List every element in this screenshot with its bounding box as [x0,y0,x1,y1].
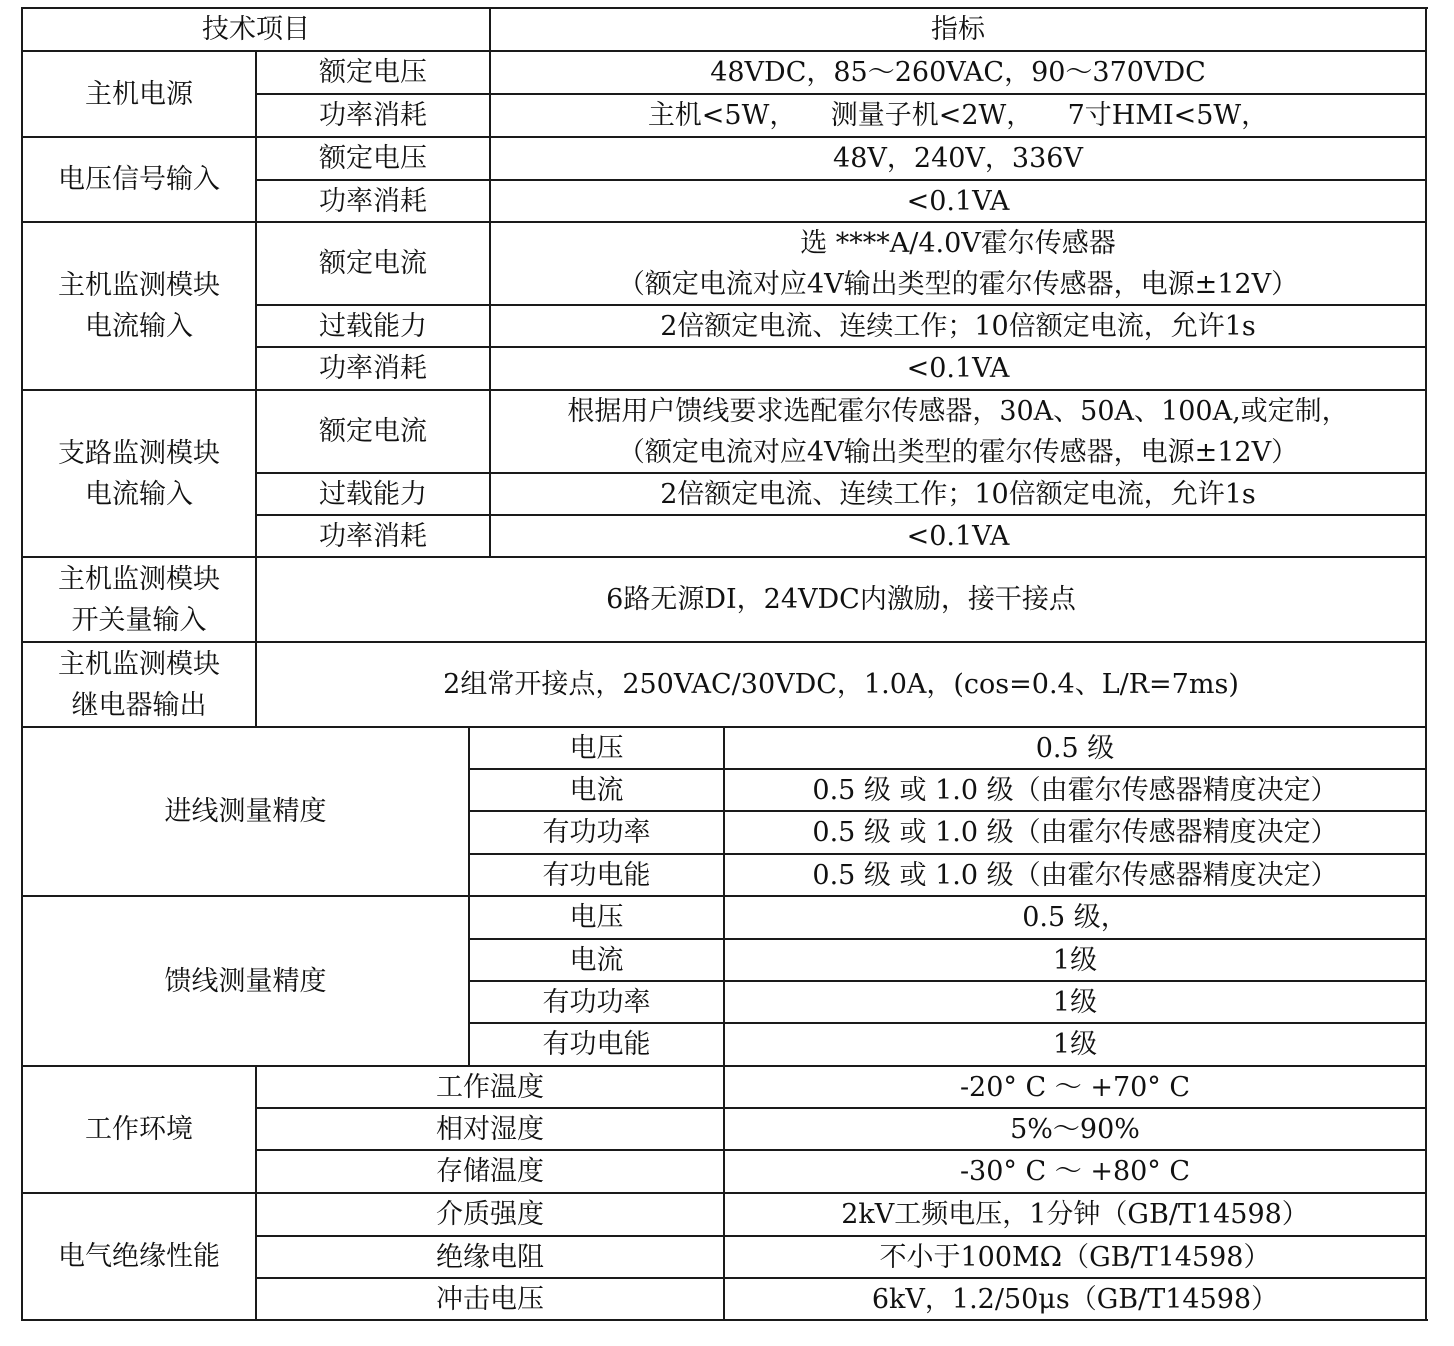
row-value-text: 2倍额定电流、连续工作；10倍额定电流，允许1s [660,306,1256,347]
row-name-text: 功率消耗 [319,348,427,389]
section-label-voltage-signal-input: 电压信号输入 [22,137,256,222]
column-divider [489,8,491,557]
section-label-line2: 开关量输入 [72,600,207,641]
row-value-text: -20° C ～ +70° C [960,1067,1190,1108]
section-label-text: 馈线测量精度 [165,961,327,1002]
section-label-text: 主机电源 [85,74,193,115]
row-value: 0.5 级 或 1.0 级（由霍尔传感器精度决定） [724,811,1426,854]
row-value: 0.5 级 [724,727,1426,769]
row-name-text: 电压 [570,728,624,769]
divider [256,1149,1426,1151]
divider [256,179,1426,181]
section-label-electrical-insulation: 电气绝缘性能 [22,1193,256,1320]
section-label-line1: 支路监测模块 [58,433,220,474]
row-name: 电压 [469,727,724,769]
row-value: 6kV，1.2/50μs（GB/T14598） [724,1278,1426,1320]
row-value-line2: （额定电流对应4V输出类型的霍尔传感器，电源±12V） [618,432,1298,473]
section-label-branch-module-current-input: 支路监测模块 电流输入 [22,390,256,557]
section-label-host-module-current-input: 主机监测模块 电流输入 [22,222,256,390]
divider [256,304,1426,306]
row-name-text: 介质强度 [436,1194,544,1235]
table-border-bottom [22,1319,1428,1321]
row-value: 选 ****A/4.0V霍尔传感器 （额定电流对应4V输出类型的霍尔传感器，电源… [490,222,1426,305]
table-border-left [21,7,23,1321]
header-indicator-label: 指标 [931,9,985,50]
section-label-line1: 主机监测模块 [58,265,220,306]
row-value-text: 1级 [1053,1024,1097,1065]
row-name: 额定电压 [256,137,490,180]
section-label-text: 电压信号输入 [58,159,220,200]
divider [22,136,1426,138]
row-name-text: 功率消耗 [319,181,427,222]
row-name: 过载能力 [256,473,490,515]
row-name: 有功电能 [469,1023,724,1066]
row-value-text: 6路无源DI，24VDC内激励，接干接点 [606,579,1076,620]
row-value-text: 6kV，1.2/50μs（GB/T14598） [872,1279,1278,1320]
row-name-text: 过载能力 [319,306,427,347]
header-indicator: 指标 [490,8,1426,51]
row-value-text: <0.1VA [907,181,1010,222]
row-name-text: 有功功率 [543,982,651,1023]
row-name-text: 绝缘电阻 [436,1237,544,1278]
row-value: 5%～90% [724,1108,1426,1150]
row-value-text: 0.5 级 或 1.0 级（由霍尔传感器精度决定） [812,770,1337,811]
row-value-line1: 选 ****A/4.0V霍尔传感器 [800,223,1116,264]
row-name-text: 有功电能 [543,1024,651,1065]
row-value-text: 1级 [1053,940,1097,981]
section-label-host-module-relay-output: 主机监测模块 继电器输出 [22,642,256,727]
section-label-host-power: 主机电源 [22,51,256,137]
row-name: 电流 [469,939,724,981]
row-value-text: 不小于100MΩ（GB/T14598） [880,1237,1271,1278]
row-name-text: 功率消耗 [319,516,427,557]
row-value: 1级 [724,1023,1426,1066]
row-value-text: 48VDC，85～260VAC，90～370VDC [710,52,1206,93]
row-value: <0.1VA [490,515,1426,557]
row-value-line1: 根据用户馈线要求选配霍尔传感器，30A、50A、100A,或定制， [567,391,1348,432]
row-name-text: 有功电能 [543,855,651,896]
row-name: 有功功率 [469,981,724,1023]
divider [22,556,1426,558]
row-name-text: 功率消耗 [319,95,427,136]
divider [22,221,1426,223]
row-value: 0.5 级， [724,896,1426,939]
row-value-text: 2组常开接点，250VAC/30VDC，1.0A，(cos=0.4、L/R=7m… [443,664,1239,705]
row-value-text: 主机<5W， 测量子机<2W， 7寸HMI<5W， [648,95,1268,136]
row-name: 额定电压 [256,51,490,94]
row-value: 不小于100MΩ（GB/T14598） [724,1236,1426,1278]
divider [22,641,1426,643]
row-name: 电压 [469,896,724,939]
row-name-text: 冲击电压 [436,1279,544,1320]
row-value: 2倍额定电流、连续工作；10倍额定电流，允许1s [490,473,1426,515]
column-divider [723,727,725,1320]
section-label-working-environment: 工作环境 [22,1066,256,1193]
row-value-text: 48V，240V，336V [833,138,1083,179]
divider [256,93,1426,95]
section-label-incoming-line-accuracy: 进线测量精度 [22,727,469,896]
divider [256,1107,1426,1109]
row-value: 1级 [724,981,1426,1023]
row-name-text: 存储温度 [436,1151,544,1192]
row-value: 0.5 级 或 1.0 级（由霍尔传感器精度决定） [724,769,1426,811]
row-value: 2倍额定电流、连续工作；10倍额定电流，允许1s [490,305,1426,347]
column-divider [255,51,257,727]
row-name: 冲击电压 [256,1278,724,1320]
section-label-line2: 电流输入 [85,306,193,347]
row-value-text: <0.1VA [907,348,1010,389]
divider [22,50,1426,52]
row-name-text: 过载能力 [319,474,427,515]
row-value: 6路无源DI，24VDC内激励，接干接点 [256,557,1426,642]
row-name: 介质强度 [256,1193,724,1236]
row-name-text: 额定电流 [319,243,427,284]
row-name: 电流 [469,769,724,811]
row-value-text: 2倍额定电流、连续工作；10倍额定电流，允许1s [660,474,1256,515]
section-label-text: 进线测量精度 [165,791,327,832]
row-name-text: 额定电流 [319,411,427,452]
row-value-text: 0.5 级， [1022,897,1128,938]
row-value: 2kV工频电压，1分钟（GB/T14598） [724,1193,1426,1236]
row-name: 过载能力 [256,305,490,347]
row-name: 存储温度 [256,1150,724,1193]
row-name-text: 电流 [570,940,624,981]
divider [469,1022,1426,1024]
row-value: 48VDC，85～260VAC，90～370VDC [490,51,1426,94]
section-label-feeder-accuracy: 馈线测量精度 [22,896,469,1066]
row-value-text: 5%～90% [1010,1109,1140,1150]
row-value: 根据用户馈线要求选配霍尔传感器，30A、50A、100A,或定制， （额定电流对… [490,390,1426,473]
section-label-host-module-switch-input: 主机监测模块 开关量输入 [22,557,256,642]
spec-table: 技术项目 指标 主机电源 额定电压 48VDC，85～260VAC，90～370… [0,0,1454,1346]
divider [256,1235,1426,1237]
row-value: -20° C ～ +70° C [724,1066,1426,1108]
row-name: 有功功率 [469,811,724,854]
row-value-text: 1级 [1053,982,1097,1023]
table-border-top [22,7,1428,9]
row-value-text: -30° C ～ +80° C [960,1151,1190,1192]
section-label-line1: 主机监测模块 [58,644,220,685]
row-name: 相对湿度 [256,1108,724,1150]
row-name-text: 电流 [570,770,624,811]
row-name: 额定电流 [256,222,490,305]
row-name-text: 相对湿度 [436,1109,544,1150]
row-name-text: 电压 [570,897,624,938]
row-value: 48V，240V，336V [490,137,1426,180]
divider [256,346,1426,348]
divider [22,389,1426,391]
row-name-text: 额定电压 [319,138,427,179]
column-divider [255,1066,257,1320]
section-label-text: 电气绝缘性能 [58,1236,220,1277]
row-value: <0.1VA [490,180,1426,222]
divider [469,768,1426,770]
row-value-text: 0.5 级 [1036,728,1115,769]
header-item-label: 技术项目 [202,9,310,50]
row-name: 功率消耗 [256,347,490,390]
row-value-text: <0.1VA [907,516,1010,557]
row-value-text: 0.5 级 或 1.0 级（由霍尔传感器精度决定） [812,812,1337,853]
row-value-text: 0.5 级 或 1.0 级（由霍尔传感器精度决定） [812,855,1337,896]
row-name: 功率消耗 [256,94,490,137]
row-name-text: 工作温度 [436,1067,544,1108]
section-label-line1: 主机监测模块 [58,559,220,600]
row-value-text: 2kV工频电压，1分钟（GB/T14598） [841,1194,1309,1235]
divider [469,980,1426,982]
row-name: 工作温度 [256,1066,724,1108]
section-label-line2: 电流输入 [85,474,193,515]
row-value: 1级 [724,939,1426,981]
divider [469,853,1426,855]
row-value: 2组常开接点，250VAC/30VDC，1.0A，(cos=0.4、L/R=7m… [256,642,1426,727]
column-divider [468,727,470,1066]
row-name: 功率消耗 [256,515,490,557]
row-value: 0.5 级 或 1.0 级（由霍尔传感器精度决定） [724,854,1426,896]
section-label-text: 工作环境 [85,1109,193,1150]
row-name-text: 有功功率 [543,812,651,853]
row-name: 绝缘电阻 [256,1236,724,1278]
divider [469,810,1426,812]
header-item: 技术项目 [22,8,490,51]
row-name-text: 额定电压 [319,52,427,93]
row-name: 有功电能 [469,854,724,896]
row-value: <0.1VA [490,347,1426,390]
row-value: 主机<5W， 测量子机<2W， 7寸HMI<5W， [490,94,1426,137]
row-name: 额定电流 [256,390,490,473]
section-label-line2: 继电器输出 [72,685,207,726]
divider [469,938,1426,940]
row-name: 功率消耗 [256,180,490,222]
row-value-line2: （额定电流对应4V输出类型的霍尔传感器，电源±12V） [618,264,1298,305]
divider [256,514,1426,516]
divider [256,1277,1426,1279]
row-value: -30° C ～ +80° C [724,1150,1426,1193]
divider [256,472,1426,474]
table-border-right [1425,7,1427,1321]
